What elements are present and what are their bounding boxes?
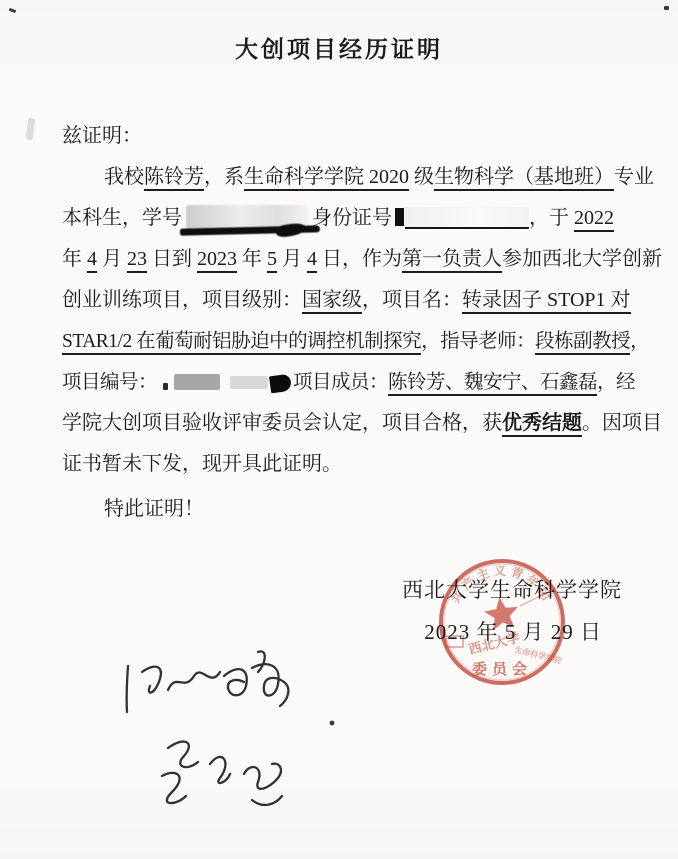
redaction-national-id [405,207,529,229]
body-line: 本科生，学号身份证号，于 2022 [62,198,624,239]
text: 专业 [614,166,654,188]
scan-speck [9,8,17,13]
text: 学院大创项目验收评审委员会认定，项目合格，获 [62,412,502,434]
text: 项目编号： [62,372,157,393]
conclusion-grade: 优秀结题 [502,412,582,437]
body-line: 我校陈铃芳，系生命科学学院 2020 级生物科学（基地班）专业 [62,157,624,198]
text: 身份证号 [312,207,392,229]
handwritten-dot [330,721,335,726]
handwritten-note [80,640,380,830]
text: ，项目名： [362,289,462,311]
start-year: 2022 [574,207,614,232]
student-name: 陈铃芳 [144,166,204,191]
body-line: 学院大创项目验收评审委员会认定，项目合格，获优秀结题。因项目 [62,403,624,444]
seal-bottom-text: 委员会 [472,660,532,678]
redaction-project-number [174,374,220,390]
text: ，指导老师： [421,331,535,352]
salutation: 兹证明： [62,125,142,147]
redaction-dot [163,383,168,390]
text: 日，作为 [317,248,402,270]
start-month: 4 [87,248,97,273]
text: 我校 [104,166,144,188]
handwritten-signature [162,742,282,805]
salutation-line: 兹证明： [62,116,624,157]
seal-top-arc-text: 共产主义青年团 [447,563,555,606]
college-and-year: 生命科学学院 2020 [244,166,409,191]
body-line: STAR1/2 在葡萄耐铝胁迫中的调控机制探究，指导老师：段栋副教授， [62,321,624,362]
role: 第一负责人 [402,248,502,273]
svg-text:共产主义青年团: 共产主义青年团 [447,563,555,606]
text: 月 [97,248,127,270]
text: 项目成员： [293,372,388,393]
seal-star-icon [483,595,521,631]
text: 级 [409,166,434,188]
text: 日到 [147,248,197,270]
end-day: 4 [307,248,317,273]
closing-statement: 特此证明！ [104,498,204,520]
text: 本科生，学号 [62,207,182,229]
text: 参加西北大学创新 [502,248,662,270]
scan-smudge [26,118,36,141]
text: 。因项目 [582,412,662,434]
redaction-student-id [186,205,308,229]
end-year: 2023 [197,248,237,273]
project-members: 陈铃芳、魏安宁、石鑫磊 [388,372,597,396]
project-level: 国家级 [302,289,362,314]
end-month: 5 [267,248,277,273]
start-day: 23 [127,248,147,273]
redaction-ink-blob [269,374,292,394]
text: ， [630,331,649,352]
closing-line: 特此证明！ [62,489,624,530]
advisor-name: 段栋副教授 [535,331,630,355]
text: ，于 [529,207,574,229]
scan-speck [664,6,669,10]
major: 生物科学（基地班） [434,166,614,191]
text: ，系 [204,166,244,188]
text: 年 [237,248,267,270]
official-seal: 共产主义青年团 西北大学 生命科学学院 委员会 [426,544,578,696]
body-line: 创业训练项目，项目级别：国家级，项目名：转录因子 STOP1 对 [62,280,624,321]
text: ，经 [597,372,635,393]
body-line: 证书暂未下发，现开具此证明。 [62,444,624,485]
certificate-page: 大创项目经历证明 兹证明： 我校陈铃芳，系生命科学学院 2020 级生物科学（基… [0,0,678,859]
redaction-tick [395,208,404,226]
body-line: 年 4 月 23 日到 2023 年 5 月 4 日，作为第一负责人参加西北大学… [62,239,624,280]
redaction-project-number-2 [230,376,268,389]
text: 月 [277,248,307,270]
project-name-part2: STAR1/2 在葡萄耐铝胁迫中的调控机制探究 [62,331,421,355]
redaction-smear-blob [275,222,306,238]
document-title: 大创项目经历证明 [0,31,678,64]
document-body: 兹证明： 我校陈铃芳，系生命科学学院 2020 级生物科学（基地班）专业 本科生… [62,116,624,530]
handwritten-line-1 [127,651,289,712]
project-name-part1: 转录因子 STOP1 对 [462,289,631,314]
body-line: 项目编号：项目成员：陈铃芳、魏安宁、石鑫磊，经 [62,362,624,403]
text: 证书暂未下发，现开具此证明。 [62,453,342,475]
text: 创业训练项目，项目级别： [62,289,302,311]
text: 年 [62,248,87,270]
